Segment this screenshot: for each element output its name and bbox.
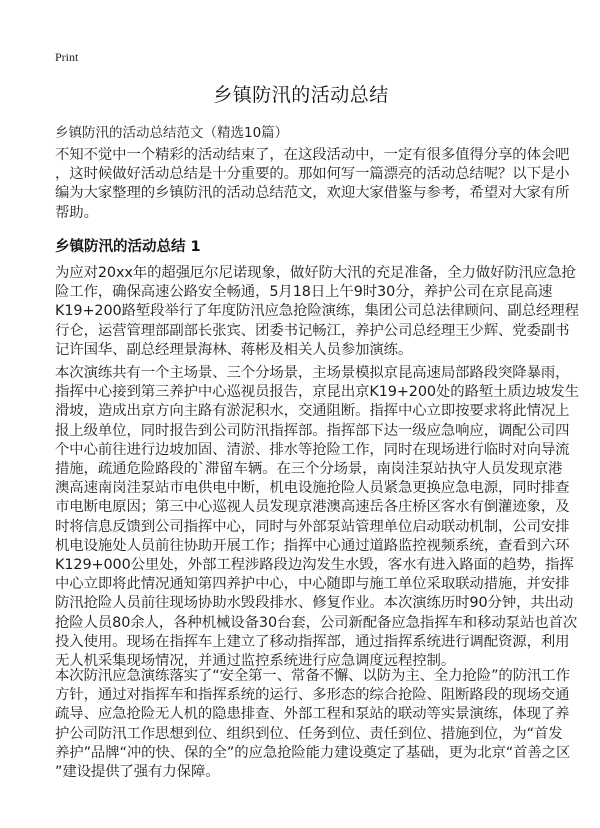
text-line: ，这时候做好活动总结是十分重要的。那如何写一篇漂亮的活动总结呢？以下是小 <box>55 165 547 184</box>
page-title: 乡镇防汛的活动总结 <box>55 80 547 107</box>
text-line: 为应对20xx年的超强厄尔尼诺现象，做好防大汛的充足准备，全力做好防汛应急抢 <box>55 264 547 283</box>
text-line: 指挥中心接到第三养护中心巡视员报告，京昆出京K19+200处的路堑土质边坡发生 <box>55 383 547 402</box>
text-line: 措施，疏通危险路段的`滞留车辆。在三个分场景，南岗洼泵站执守人员发现京港 <box>55 460 547 479</box>
document-subtitle: 乡镇防汛的活动总结范文（精选10篇） <box>55 121 288 141</box>
text-line: 养护”品牌“冲的快、保的全”的应急抢险能力建设奠定了基础，更为北京“首善之区 <box>55 744 547 763</box>
text-line: 抢险人员80余人，各种机械设备30台套，公司新配备应急指挥车和移动泵站也首次 <box>55 614 547 633</box>
text-line: 记许国华、副总经理景海林、蒋彬及相关人员参加演练。 <box>55 341 547 360</box>
body-paragraph-2: 本次演练共有一个主场景、三个分场景，主场景模拟京昆高速局部路段突降暴雨， 指挥中… <box>55 364 547 671</box>
text-line: 行仑，运营管理部副部长张宾、团委书记畅江，养护公司总经理王少辉、党委副书 <box>55 322 547 341</box>
print-link[interactable]: Print <box>55 50 78 65</box>
section-heading: 乡镇防汛的活动总结 1 <box>55 235 201 256</box>
text-line: 本次演练共有一个主场景、三个分场景，主场景模拟京昆高速局部路段突降暴雨， <box>55 364 547 383</box>
text-line: 帮助。 <box>55 204 547 223</box>
text-line: 编为大家整理的乡镇防汛的活动总结范文，欢迎大家借鉴与参考，希望对大家有所 <box>55 184 547 203</box>
text-line: K19+200路堑段举行了年度防汛应急抢险演练，集团公司总法律顾问、副总经理程 <box>55 302 547 321</box>
text-line: 防汛抢险人员前往现场协助水毁段排水、修复作业。本次演练历时90分钟，共出动 <box>55 594 547 613</box>
text-line: 报上级单位，同时报告到公司防汛指挥部。指挥部下达一级应急响应，调配公司四 <box>55 422 547 441</box>
text-line: 投入使用。现场在指挥车上建立了移动指挥部，通过指挥系统进行调配资源，利用 <box>55 633 547 652</box>
body-paragraph-3: 本次防汛应急演练落实了“安全第一、常备不懈、以防为主、全力抢险”的防汛工作 方针… <box>55 667 547 782</box>
text-line: 本次防汛应急演练落实了“安全第一、常备不懈、以防为主、全力抢险”的防汛工作 <box>55 667 547 686</box>
text-line: 不知不觉中一个精彩的活动结束了，在这段活动中，一定有很多值得分享的体会吧 <box>55 146 547 165</box>
text-line: 市电断电原因；第三中心巡视人员发现京港澳高速岳各庄桥区客水有倒灌迹象，及 <box>55 498 547 517</box>
text-line: 时将信息反馈到公司指挥中心，同时与外部泵站管理单位启动联动机制，公司安排 <box>55 518 547 537</box>
text-line: K129+000公里处，外部工程涉路段边沟发生水毁，客水有进入路面的趋势，指挥 <box>55 556 547 575</box>
text-line: 护公司防汛工作思想到位、组织到位、任务到位、责任到位、措施到位，为“首发 <box>55 725 547 744</box>
text-line: 方针，通过对指挥车和指挥系统的运行、多形态的综合抢险、阻断路段的现场交通 <box>55 686 547 705</box>
text-line: 滑坡，造成出京方向主路有淤泥积水，交通阻断。指挥中心立即按要求将此情况上 <box>55 402 547 421</box>
text-line: 险工作，确保高速公路安全畅通，5月18日上午9时30分，养护公司在京昆高速 <box>55 283 547 302</box>
text-line: 中心立即将此情况通知第四养护中心，中心随即与施工单位采取联动措施，并安排 <box>55 575 547 594</box>
text-line: 疏导、应急抢险无人机的隐患排查、外部工程和泵站的联动等实景演练，体现了养 <box>55 705 547 724</box>
text-line: 机电设施处人员前往协助开展工作；指挥中心通过道路监控视频系统，查看到六环 <box>55 537 547 556</box>
text-line: ”建设提供了强有力保障。 <box>55 763 547 782</box>
intro-paragraph: 不知不觉中一个精彩的活动结束了，在这段活动中，一定有很多值得分享的体会吧 ，这时… <box>55 146 547 223</box>
body-paragraph-1: 为应对20xx年的超强厄尔尼诺现象，做好防大汛的充足准备，全力做好防汛应急抢 险… <box>55 264 547 360</box>
text-line: 澳高速南岗洼泵站市电供电中断，机电设施抢险人员紧急更换应急电源，同时排查 <box>55 479 547 498</box>
text-line: 个中心前往进行边坡加固、清淤、排水等抢险工作，同时在现场进行临时对向导流 <box>55 441 547 460</box>
